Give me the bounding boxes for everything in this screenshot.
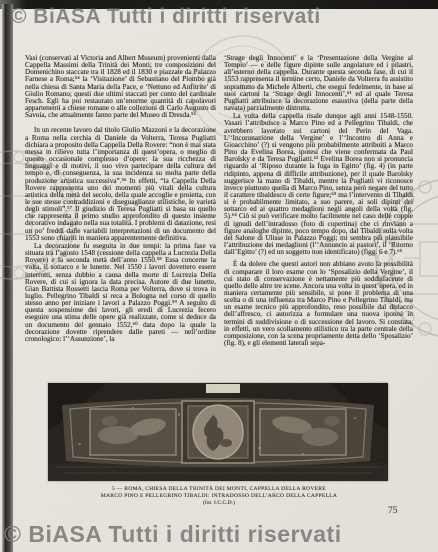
page-number: 75	[388, 506, 398, 516]
figure-caption-credit: (fot. I.C.C.D.)	[60, 500, 378, 507]
figure-caption-line1: 5 — ROMA, CHIESA DELLA TRINITÀ DEI MONTI…	[60, 486, 378, 493]
text-column-right: ‘Strage degli Innocenti’ e la ‘Presentaz…	[224, 55, 413, 347]
paragraph: ‘Strage degli Innocenti’ e la ‘Presentaz…	[224, 55, 413, 112]
paragraph: È da dolere che questi autori non abbian…	[224, 261, 413, 347]
scan-edge-left	[2, 4, 13, 552]
paragraph: In un recente lavoro dal titolo Giulio M…	[25, 127, 216, 242]
paragraph: Vasi (conservati al Victoria and Albert …	[25, 55, 216, 119]
paragraph: La volta della cappella risale dunque ag…	[224, 113, 413, 256]
scan-edge-top	[0, 0, 438, 9]
figure-caption: 5 — ROMA, CHIESA DELLA TRINITÀ DEI MONTI…	[60, 486, 378, 507]
biasa-watermark-bottom: © BiASA Tutti i diritti riservati	[4, 521, 342, 548]
figure-caption-line2: MARCO PINO E PELLEGRINO TIBALDI: INTRADO…	[60, 493, 378, 500]
scanned-page: © BiASA Tutti i diritti riservati © BiAS…	[0, 0, 438, 552]
text-column-left: Vasi (conservati al Victoria and Albert …	[25, 55, 216, 343]
paragraph: La decorazione fu eseguita in due tempi:…	[25, 243, 216, 343]
fresco-photo	[48, 383, 388, 481]
